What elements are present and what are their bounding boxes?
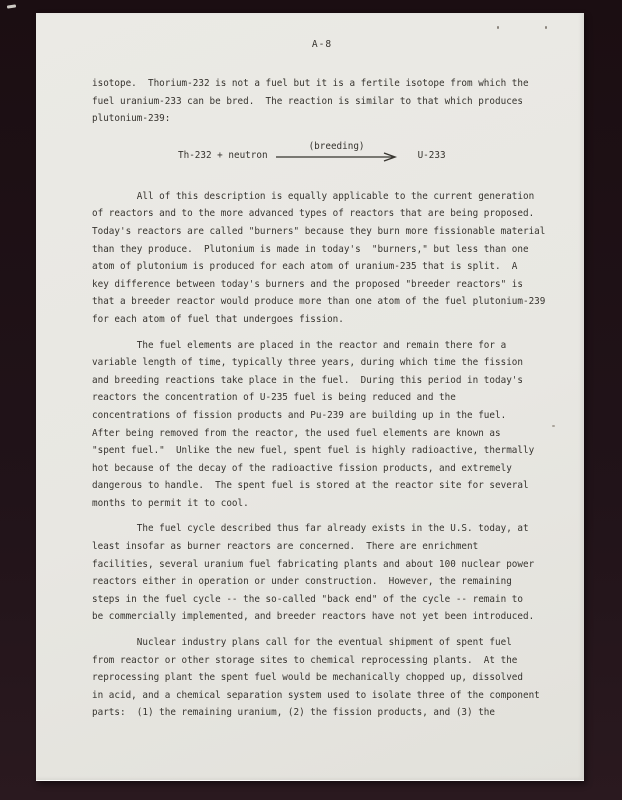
photo-background-mat: A-8 isotope. Thorium-232 is not a fuel b… [0,0,622,800]
page-number: A-8 [92,39,552,50]
paragraph-fuel-cycle-today: The fuel cycle described thus far alread… [92,520,562,626]
paragraph-burners-breeders: All of this description is equally appli… [92,188,562,329]
document-body: isotope. Thorium-232 is not a fuel but i… [92,75,562,722]
dust-speck [497,26,499,29]
equation-product: U-233 [418,150,446,162]
paragraph-fuel-elements: The fuel elements are placed in the reac… [92,337,562,513]
equation-arrow-label: (breeding) [309,142,365,152]
dust-speck [545,26,547,29]
paragraph-thorium-isotope: isotope. Thorium-232 is not a fuel but i… [92,75,562,128]
paragraph-reprocessing-plans: Nuclear industry plans call for the even… [92,634,562,722]
equation-reactants: Th-232 + neutron [178,150,268,162]
document-page: A-8 isotope. Thorium-232 is not a fuel b… [36,13,584,781]
breeding-reaction-equation: Th-232 + neutron (breeding) U-233 [92,134,562,162]
right-arrow-icon [276,152,398,162]
dust-speck [7,4,16,8]
breeding-arrow: (breeding) [276,142,398,162]
